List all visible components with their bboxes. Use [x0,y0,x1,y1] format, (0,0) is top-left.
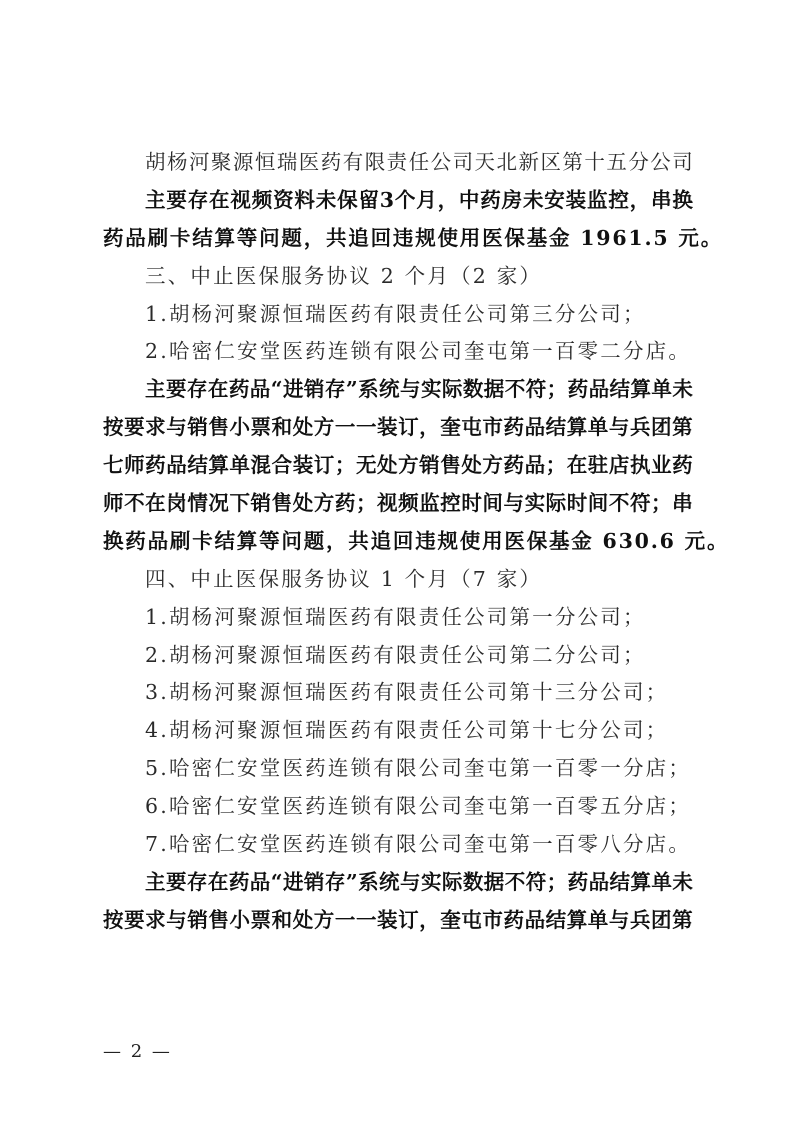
section-heading: 三、中止医保服务协议 2 个月（2 家） [103,258,693,296]
finding-text-line: 主要存在药品“进销存”系统与实际数据不符；药品结算单未 [103,371,693,409]
list-item: 2.哈密仁安堂医药连锁有限公司奎屯第一百零二分店。 [103,333,693,371]
page-number: — 2 — [103,1041,172,1062]
list-item: 1.胡杨河聚源恒瑞医药有限责任公司第三分公司； [103,296,693,334]
list-item: 2.胡杨河聚源恒瑞医药有限责任公司第二分公司； [103,637,693,675]
finding-text-line: 按要求与销售小票和处方一一装订，奎屯市药品结算单与兵团第 [103,409,693,447]
finding-text-line: 师不在岗情况下销售处方药；视频监控时间与实际时间不符；串 [103,485,693,523]
list-item: 4.胡杨河聚源恒瑞医药有限责任公司第十七分公司； [103,712,693,750]
finding-text-line: 换药品刷卡结算等问题，共追回违规使用医保基金 630.6 元。 [103,523,693,561]
list-item: 3.胡杨河聚源恒瑞医药有限责任公司第十三分公司； [103,674,693,712]
document-page: 胡杨河聚源恒瑞医药有限责任公司天北新区第十五分公司主要存在视频资料未保留3个月，… [0,0,793,1122]
document-body: 胡杨河聚源恒瑞医药有限责任公司天北新区第十五分公司主要存在视频资料未保留3个月，… [103,144,693,940]
finding-text-line: 按要求与销售小票和处方一一装订，奎屯市药品结算单与兵团第 [103,902,693,940]
list-item: 5.哈密仁安堂医药连锁有限公司奎屯第一百零一分店； [103,750,693,788]
finding-text-line: 主要存在视频资料未保留3个月，中药房未安装监控，串换 [103,182,693,220]
list-item: 6.哈密仁安堂医药连锁有限公司奎屯第一百零五分店； [103,788,693,826]
finding-text-line: 主要存在药品“进销存”系统与实际数据不符；药品结算单未 [103,864,693,902]
finding-text-line: 七师药品结算单混合装订；无处方销售处方药品；在驻店执业药 [103,447,693,485]
list-item: 1.胡杨河聚源恒瑞医药有限责任公司第一分公司； [103,599,693,637]
list-item: 7.哈密仁安堂医药连锁有限公司奎屯第一百零八分店。 [103,826,693,864]
section-heading: 四、中止医保服务协议 1 个月（7 家） [103,561,693,599]
body-text-line: 胡杨河聚源恒瑞医药有限责任公司天北新区第十五分公司 [103,144,693,182]
finding-text-line: 药品刷卡结算等问题，共追回违规使用医保基金 1961.5 元。 [103,220,693,258]
